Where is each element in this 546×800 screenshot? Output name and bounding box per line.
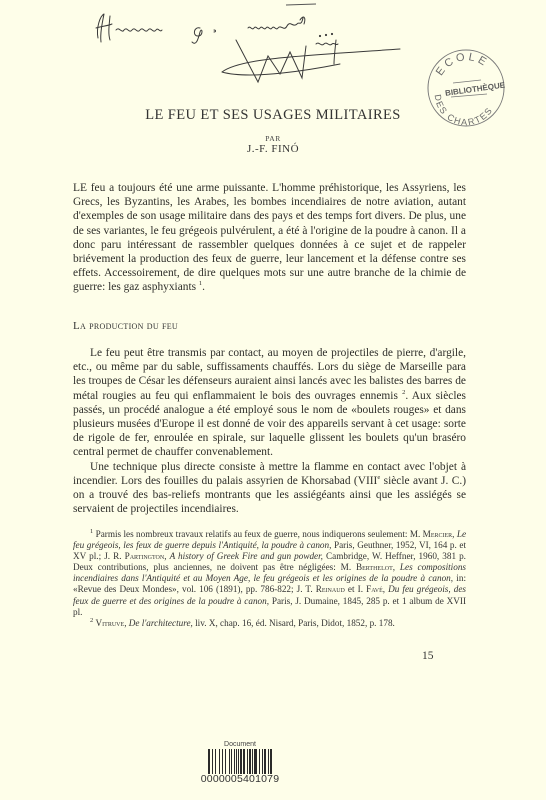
section-heading: La production du feu <box>73 320 178 332</box>
section-body: Le feu peut être transmis par contact, a… <box>73 346 466 516</box>
footnotes: 1 Parmis les nombreux travaux relatifs a… <box>73 529 466 629</box>
page-number: 15 <box>422 650 434 662</box>
barcode-label: Document 0000005401079 <box>191 740 289 785</box>
footnote-1: 1 Parmis les nombreux travaux relatifs a… <box>73 529 466 618</box>
intro-paragraph: LE feu a toujours été une arme puissante… <box>73 181 466 295</box>
svg-text:Hommage respectueux: Hommage respectueux <box>90 0 100 1</box>
footnote-2: 2 Vitruve, De l'architecture, liv. X, ch… <box>73 618 466 629</box>
barcode-number: 0000005401079 <box>191 774 289 785</box>
handwritten-dedication: Hommage respectueux <box>90 0 420 90</box>
barcode-icon <box>191 749 289 774</box>
body-paragraph: Une technique plus directe consiste à me… <box>73 460 466 517</box>
article-title: LE FEU ET SES USAGES MILITAIRES <box>0 107 546 124</box>
svg-text:ECOLE: ECOLE <box>434 51 491 78</box>
byline-par: PAR <box>0 134 546 143</box>
author-name: J.-F. FINÓ <box>0 143 546 155</box>
barcode-caption: Document <box>191 740 289 749</box>
body-paragraph: Le feu peut être transmis par contact, a… <box>73 346 466 460</box>
